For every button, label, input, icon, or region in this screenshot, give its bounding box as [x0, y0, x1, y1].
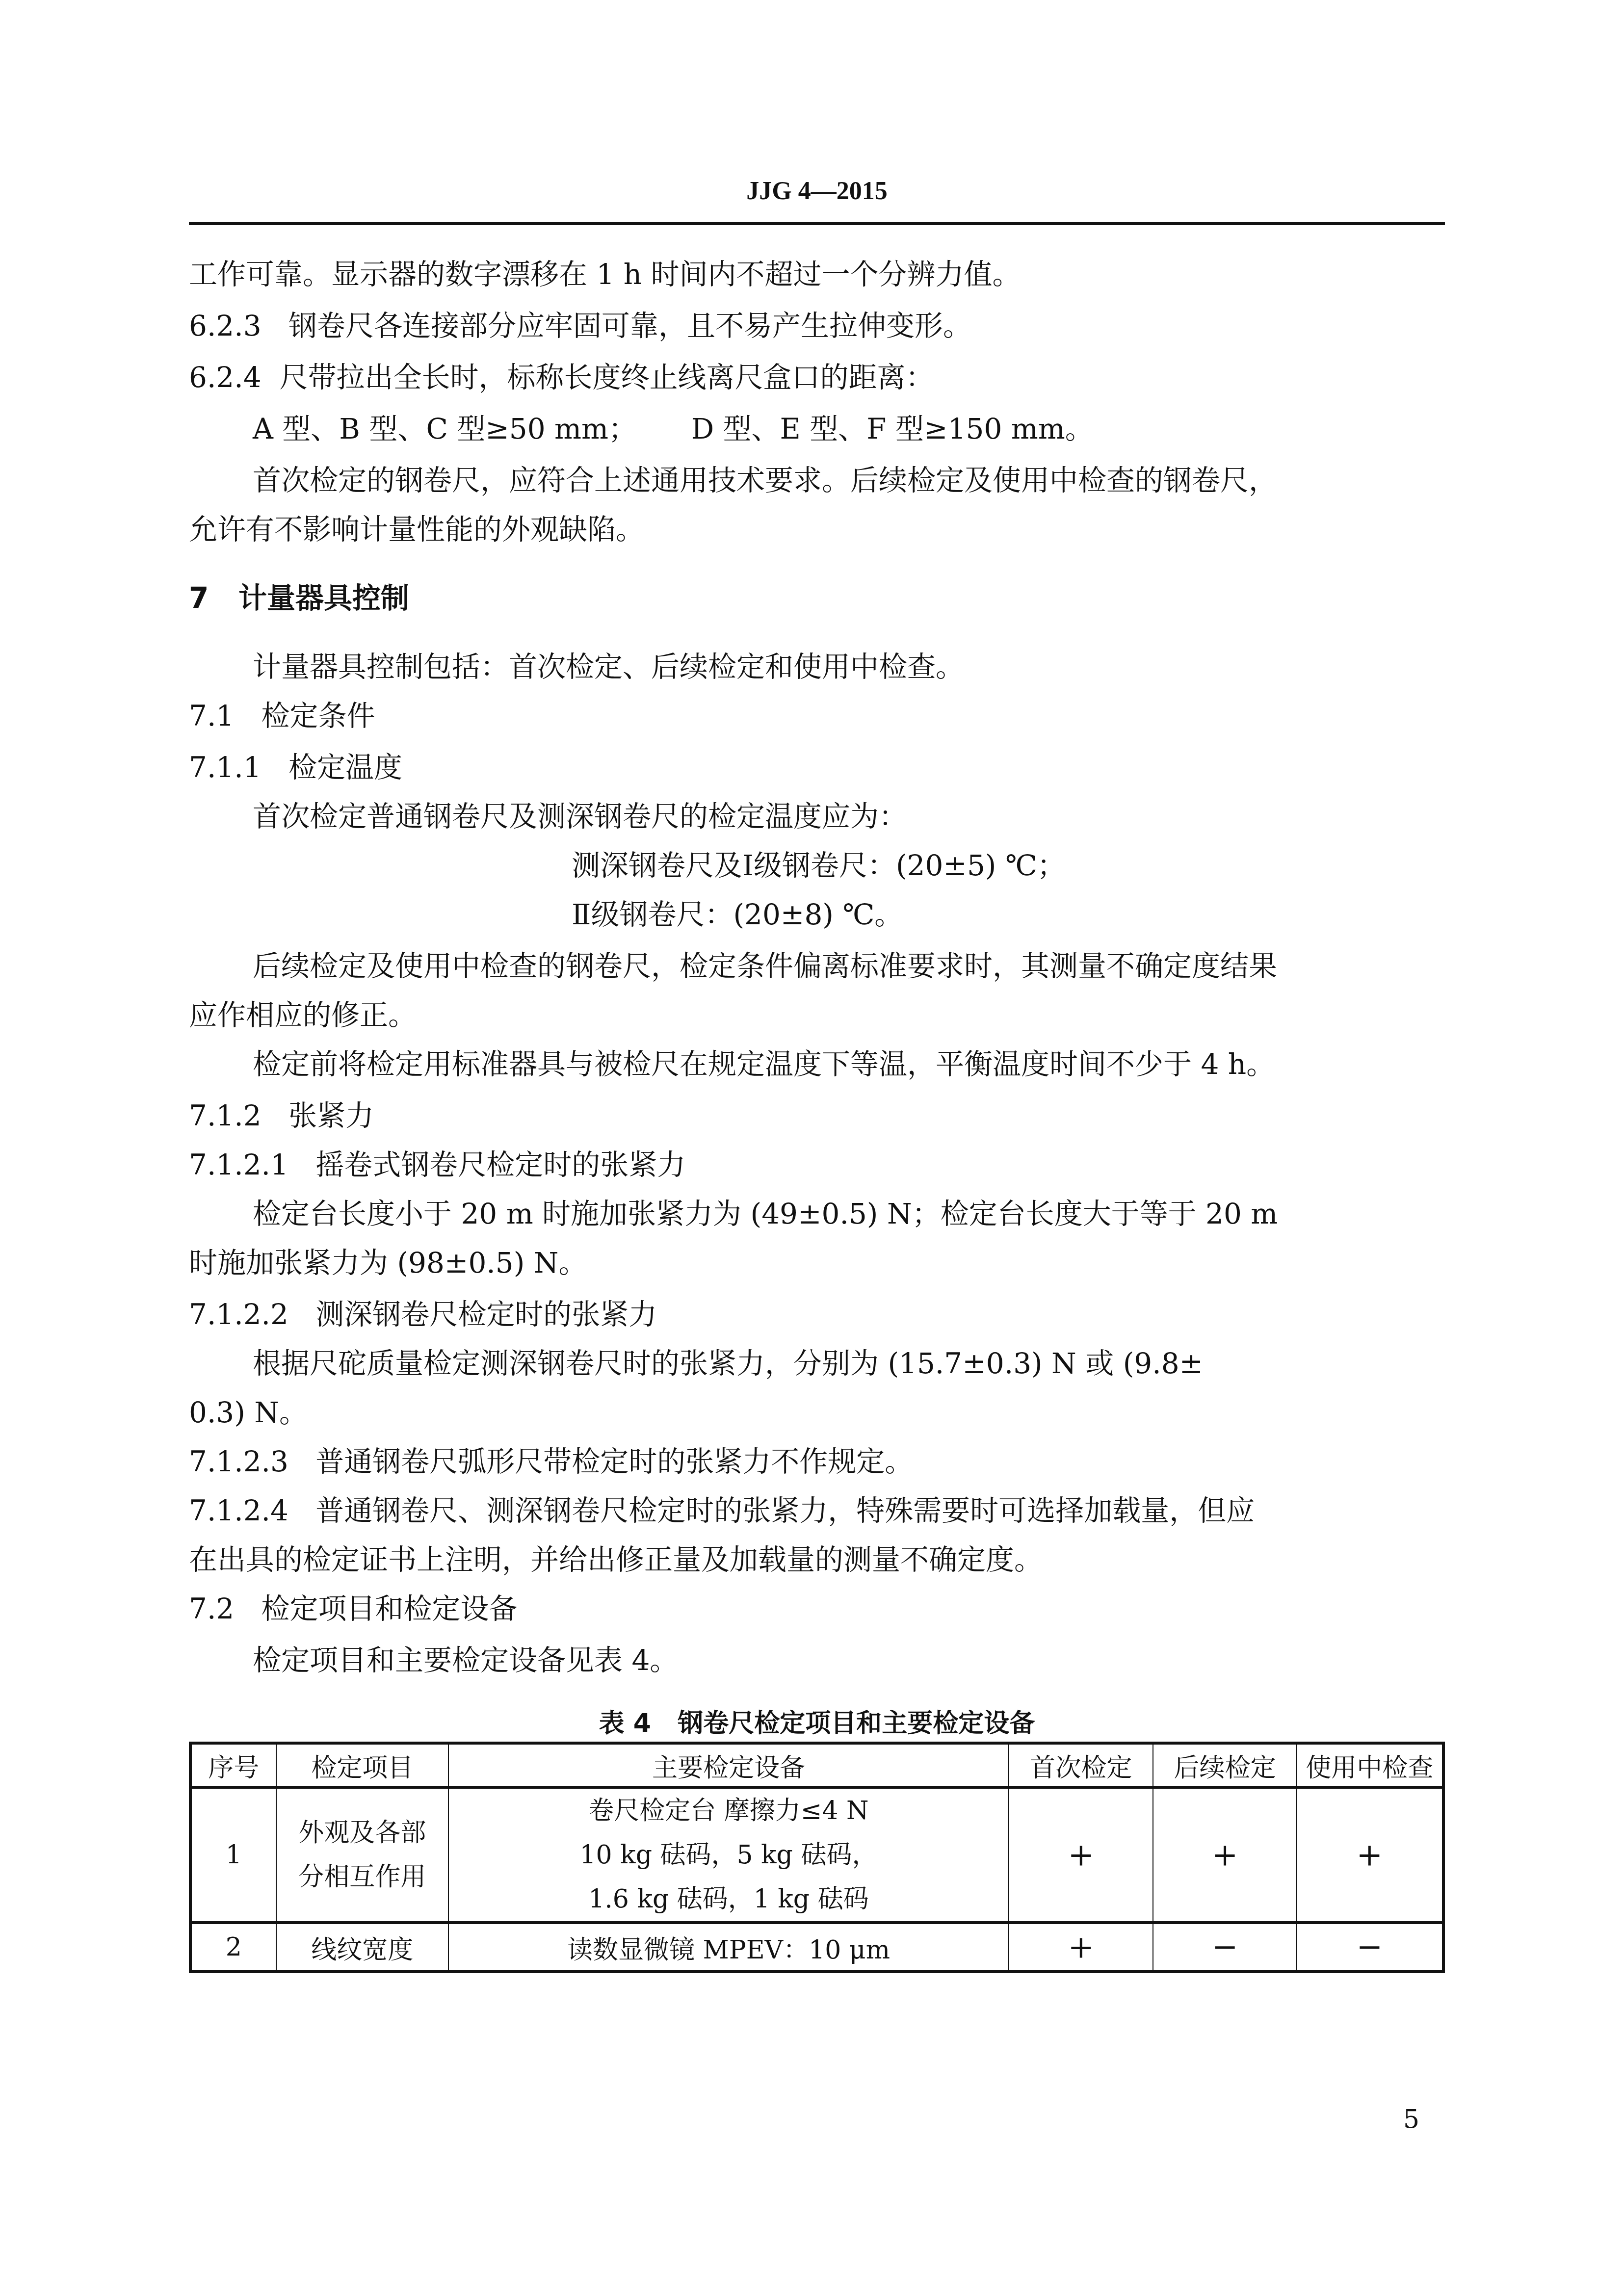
clause-text: 普通钢卷尺、测深钢卷尺检定时的张紧力，特殊需要时可选择加载量，但应 — [315, 1494, 1255, 1527]
paragraph-isothermal: 检定前将检定用标准器具与被检尺在规定温度下等温，平衡温度时间不少于 4 h。 — [253, 1050, 1275, 1078]
cell-item-line: 分相互作用 — [277, 1855, 448, 1899]
clause-text: 普通钢卷尺弧形尺带检定时的张紧力不作规定。 — [315, 1445, 913, 1478]
clause-number: 7.1.2.3 — [189, 1445, 288, 1478]
paragraph-tension-depth: 根据尺砣质量检定测深钢卷尺时的张紧力，分别为 (15.7±0.3) N 或 (9… — [253, 1349, 1203, 1378]
cell-equipment: 卷尺检定台 摩擦力≤4 N 10 kg 砝码，5 kg 砝码， 1.6 kg 砝… — [448, 1787, 1009, 1923]
standard-code-header: JJG 4—2015 — [189, 177, 1445, 206]
cell-subsequent-verification: + — [1153, 1787, 1296, 1923]
cell-equipment-line: 1.6 kg 砝码，1 kg 砝码 — [449, 1877, 1008, 1921]
paragraph-first-verification: 首次检定的钢卷尺，应符合上述通用技术要求。后续检定及使用中检查的钢卷尺， — [253, 466, 1277, 495]
page-number: 5 — [1403, 2105, 1419, 2134]
clause-text: 检定温度 — [288, 751, 402, 784]
clause-number: 6.2.4 — [189, 363, 262, 391]
clause-7-2: 7.2 检定项目和检定设备 — [189, 1594, 518, 1623]
clause-7-1-1: 7.1.1 检定温度 — [189, 753, 402, 782]
clause-number: 7.1.1 — [189, 751, 262, 784]
clause-number: 7.1 — [189, 699, 234, 732]
section-title: 计量器具控制 — [238, 581, 409, 615]
clause-text: 张紧力 — [288, 1099, 374, 1132]
clause-7-1: 7.1 检定条件 — [189, 702, 375, 730]
header-first-verification: 首次检定 — [1009, 1743, 1153, 1787]
cell-item: 线纹宽度 — [276, 1923, 448, 1972]
clause-text: 钢卷尺各连接部分应牢固可靠，且不易产生拉伸变形。 — [288, 309, 971, 342]
table-4-title: 表 4 钢卷尺检定项目和主要检定设备 — [189, 1702, 1445, 1739]
cell-in-use-inspection: + — [1297, 1787, 1443, 1923]
table-header-row: 序号 检定项目 主要检定设备 首次检定 后续检定 使用中检查 — [190, 1743, 1443, 1787]
paragraph-temperature-deviation: 后续检定及使用中检查的钢卷尺，检定条件偏离标准要求时，其测量不确定度结果 — [253, 952, 1277, 980]
clause-6-2-3: 6.2.3 钢卷尺各连接部分应牢固可靠，且不易产生拉伸变形。 — [189, 312, 971, 340]
clause-text: 摇卷式钢卷尺检定时的张紧力 — [315, 1148, 685, 1181]
header-rule — [189, 222, 1445, 225]
cell-serial: 2 — [190, 1923, 276, 1972]
section-number: 7 — [189, 581, 209, 615]
cell-first-verification: + — [1009, 1787, 1153, 1923]
clause-7-1-2-4-cont: 在出具的检定证书上注明，并给出修正量及加载量的测量不确定度。 — [189, 1545, 1043, 1574]
clause-7-1-2-1: 7.1.2.1 摇卷式钢卷尺检定时的张紧力 — [189, 1150, 685, 1179]
clause-number: 7.2 — [189, 1592, 234, 1625]
paragraph-continuation: 工作可靠。显示器的数字漂移在 1 h 时间内不超过一个分辨力值。 — [189, 260, 1021, 288]
clause-number: 7.1.2 — [189, 1099, 262, 1132]
clause-number: 7.1.2.1 — [189, 1148, 288, 1181]
cell-in-use-inspection: − — [1297, 1923, 1443, 1972]
paragraph-tension-crank-cont: 时施加张紧力为 (98±0.5) N。 — [189, 1249, 587, 1277]
clause-text: 尺带拉出全长时，标称长度终止线离尺盒口的距离： — [279, 361, 934, 394]
cell-serial: 1 — [190, 1787, 276, 1923]
clause-number: 6.2.3 — [189, 312, 262, 340]
paragraph-first-verification-cont: 允许有不影响计量性能的外观缺陷。 — [189, 515, 644, 544]
paragraph-temperature-deviation-cont: 应作相应的修正。 — [189, 1001, 417, 1029]
clause-7-1-2: 7.1.2 张紧力 — [189, 1101, 374, 1130]
cell-item: 外观及各部 分相互作用 — [276, 1787, 448, 1923]
paragraph-section-7: 计量器具控制包括：首次检定、后续检定和使用中检查。 — [253, 652, 964, 681]
clause-7-1-2-4: 7.1.2.4 普通钢卷尺、测深钢卷尺检定时的张紧力，特殊需要时可选择加载量，但… — [189, 1496, 1255, 1525]
temperature-class-1: 测深钢卷尺及Ⅰ级钢卷尺：(20±5) ℃； — [572, 851, 1066, 880]
cell-subsequent-verification: − — [1153, 1923, 1296, 1972]
document-page: JJG 4—2015 工作可靠。显示器的数字漂移在 1 h 时间内不超过一个分辨… — [0, 0, 1624, 2296]
clause-6-2-4: 6.2.4 尺带拉出全长时，标称长度终止线离尺盒口的距离： — [189, 363, 934, 391]
clause-number: 7.1.2.4 — [189, 1494, 288, 1527]
paragraph-tension-crank: 检定台长度小于 20 m 时施加张紧力为 (49±0.5) N；检定台长度大于等… — [253, 1200, 1278, 1228]
clause-number: 7.1.2.2 — [189, 1298, 288, 1331]
header-item: 检定项目 — [276, 1743, 448, 1787]
table-4: 序号 检定项目 主要检定设备 首次检定 后续检定 使用中检查 1 外观及各部 分… — [189, 1742, 1445, 1973]
header-in-use-inspection: 使用中检查 — [1297, 1743, 1443, 1787]
clause-text: 检定条件 — [262, 699, 375, 732]
section-7-heading: 7 计量器具控制 — [189, 584, 409, 612]
table-row: 2 线纹宽度 读数显微镜 MPEV：10 μm + − − — [190, 1923, 1443, 1972]
clause-7-1-2-3: 7.1.2.3 普通钢卷尺弧形尺带检定时的张紧力不作规定。 — [189, 1447, 913, 1476]
paragraph-tension-depth-cont: 0.3) N。 — [189, 1398, 308, 1427]
cell-equipment-line: 卷尺检定台 摩擦力≤4 N — [449, 1789, 1008, 1833]
table-row: 1 外观及各部 分相互作用 卷尺检定台 摩擦力≤4 N 10 kg 砝码，5 k… — [190, 1787, 1443, 1923]
clause-text: 检定项目和检定设备 — [262, 1592, 518, 1625]
cell-item-line: 外观及各部 — [277, 1811, 448, 1855]
clause-7-1-2-2: 7.1.2.2 测深钢卷尺检定时的张紧力 — [189, 1300, 657, 1329]
paragraph-see-table-4: 检定项目和主要检定设备见表 4。 — [253, 1646, 678, 1674]
cell-first-verification: + — [1009, 1923, 1153, 1972]
header-subsequent-verification: 后续检定 — [1153, 1743, 1296, 1787]
header-equipment: 主要检定设备 — [448, 1743, 1009, 1787]
clause-text: 测深钢卷尺检定时的张紧力 — [315, 1298, 657, 1331]
paragraph-temperature-intro: 首次检定普通钢卷尺及测深钢卷尺的检定温度应为： — [253, 802, 907, 831]
clause-6-2-4-distances: A 型、B 型、C 型≥50 mm； D 型、E 型、F 型≥150 mm。 — [253, 415, 1094, 443]
temperature-class-2: Ⅱ级钢卷尺：(20±8) ℃。 — [572, 900, 903, 929]
header-serial: 序号 — [190, 1743, 276, 1787]
cell-equipment: 读数显微镜 MPEV：10 μm — [448, 1923, 1009, 1972]
cell-equipment-line: 10 kg 砝码，5 kg 砝码， — [449, 1833, 1008, 1877]
